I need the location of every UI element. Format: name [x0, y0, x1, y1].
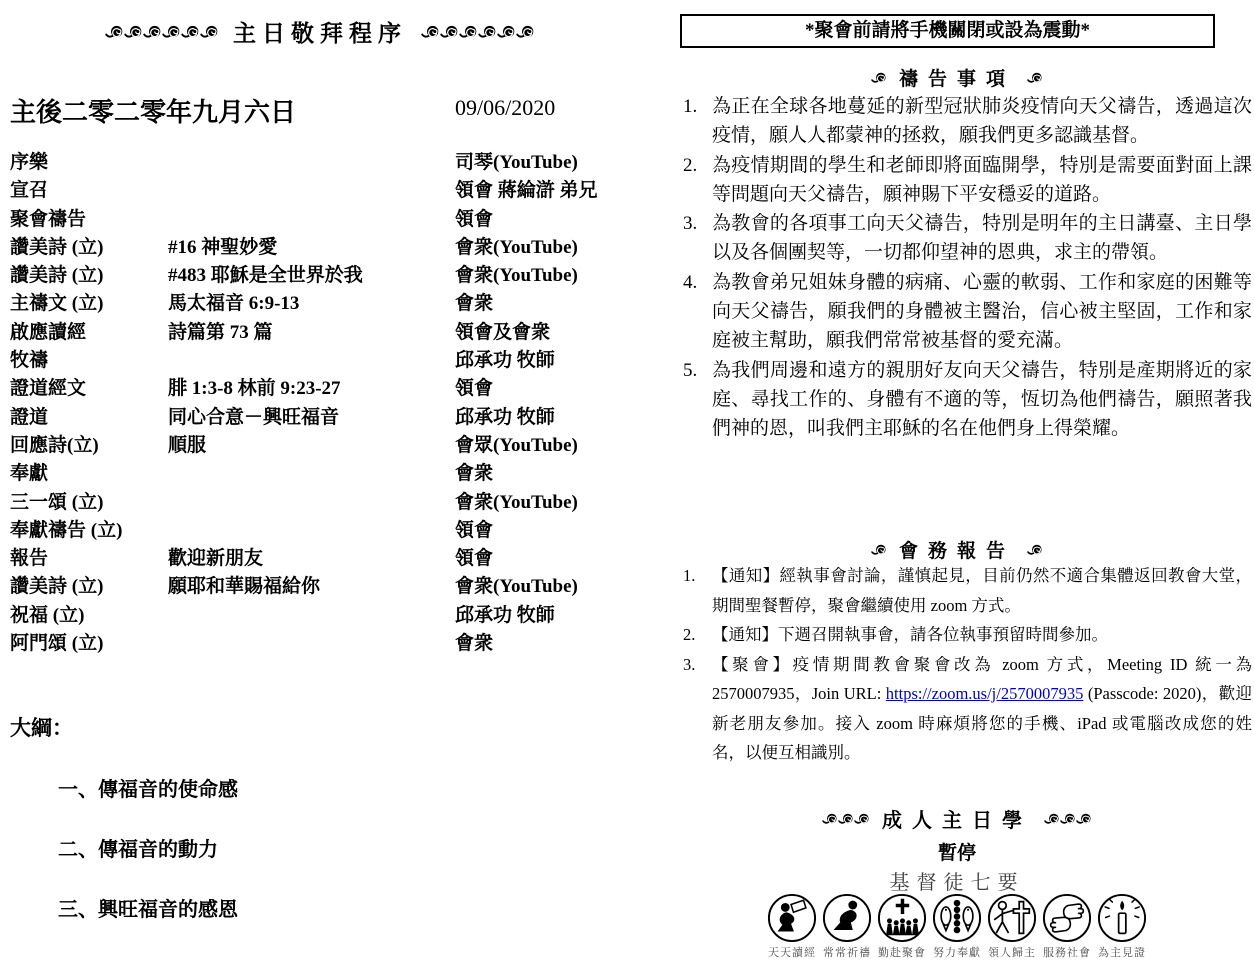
prayer-text: 為疫情期間的學生和老師即將面臨開學，特別是需要面對面上課等問題向天父禱告，願神賜…	[712, 155, 1252, 205]
prayer-text: 為教會弟兄姐妹身體的病痛、心靈的軟弱、工作和家庭的困難等向天父禱告，願我們的身體…	[712, 272, 1252, 352]
program-item-label: 證道	[10, 402, 48, 429]
program-item-role: 領會	[455, 543, 493, 570]
program-row: 祝福 (立)邱承功 牧師	[10, 600, 656, 628]
program-item-label: 主禱文 (立)	[10, 288, 103, 315]
phone-notice-box: *聚會前請將手機關閉或設為震動*	[680, 14, 1215, 48]
list-number: 2.	[683, 620, 695, 650]
seven-essential: 努力奉獻	[930, 893, 984, 960]
swirl-ornament-icon	[822, 813, 870, 824]
prayer-item: 5.為我們周邊和遠方的親朋好友向天父禱告，特別是產期將近的家庭、尋找工作的、身體…	[660, 356, 1252, 444]
prayer-item: 2.為疫情期間的學生和老師即將面臨開學，特別是需要面對面上課等問題向天父禱告，願…	[660, 151, 1252, 210]
icon-label: 天天讀經	[765, 944, 819, 960]
prayer-item: 3.為教會的各項事工向天父禱告，特別是明年的主日講臺、主日學以及各個團契等，一切…	[660, 209, 1252, 268]
page-title: 主日敬拜程序	[233, 15, 407, 48]
report-item: 1.【通知】經執事會討論，謹慎起見，目前仍然不適合集體返回教會大堂，期間聖餐暫停…	[660, 561, 1252, 620]
offering-icon	[932, 893, 982, 943]
list-number: 1.	[683, 561, 695, 591]
program-row: 阿門頌 (立)會衆	[10, 628, 656, 656]
program-item-label: 回應詩(立)	[10, 430, 99, 457]
swirl-ornament-icon	[871, 544, 887, 555]
icon-label: 服務社會	[1040, 944, 1094, 960]
program-item-role: 會衆	[455, 288, 493, 315]
swirl-ornament-icon	[1027, 72, 1043, 83]
program-item-role: 司琴(YouTube)	[455, 147, 578, 174]
seven-essential: 勤赴聚會	[875, 893, 929, 960]
program-item-label: 祝福 (立)	[10, 600, 84, 627]
list-number: 4.	[683, 268, 697, 297]
program-item-label: 阿門頌 (立)	[10, 628, 103, 655]
outline-heading: 大綱：	[10, 712, 238, 742]
report-text: 【通知】下週召開執事會，請各位執事預留時間參加。	[712, 625, 1108, 644]
swirl-ornament-icon	[871, 72, 887, 83]
program-item-label: 聚會禱告	[10, 204, 86, 231]
icon-label: 為主見證	[1095, 944, 1149, 960]
program-item-label: 證道經文	[10, 373, 86, 400]
program-item-role: 會衆(YouTube)	[455, 232, 578, 259]
program-row: 讚美詩 (立)#16 神聖妙愛會衆(YouTube)	[10, 232, 656, 260]
icon-label: 領人歸主	[985, 944, 1039, 960]
program-item-role: 領會	[455, 204, 493, 231]
program-item-role: 領會及會衆	[455, 317, 550, 344]
program-item-role: 會衆(YouTube)	[455, 571, 578, 598]
program-row: 聚會禱告領會	[10, 204, 656, 232]
program-item-detail: 歡迎新朋友	[168, 543, 263, 570]
swirl-ornament-icon	[421, 25, 535, 38]
program-item-label: 啟應讀經	[10, 317, 86, 344]
seven-essentials-heading: 基督徒七要	[660, 866, 1254, 895]
date-western: 09/06/2020	[455, 95, 555, 121]
prayer-section-heading: 禱告事項	[660, 64, 1254, 91]
program-item-label: 讚美詩 (立)	[10, 571, 103, 598]
program-item-label: 讚美詩 (立)	[10, 232, 103, 259]
praying-icon	[822, 893, 872, 943]
program-item-role: 會衆	[455, 628, 493, 655]
program-item-label: 序樂	[10, 147, 48, 174]
program-item-label: 宣召	[10, 175, 48, 202]
reading-bible-icon	[767, 893, 817, 943]
gathering-icon	[877, 893, 927, 943]
serving-society-icon	[1042, 893, 1092, 943]
date-row: 主後二零二零年九月六日 09/06/2020	[10, 92, 656, 122]
program-row: 宣召領會 蔣綸滸 弟兄	[10, 175, 656, 203]
prayer-text: 為我們周邊和遠方的親朋好友向天父禱告，特別是產期將近的家庭、尋找工作的、身體有不…	[712, 360, 1252, 440]
program-item-label: 讚美詩 (立)	[10, 260, 103, 287]
program-item-detail: 腓 1:3-8 林前 9:23-27	[168, 373, 341, 400]
program-row: 啟應讀經詩篇第 73 篇領會及會衆	[10, 317, 656, 345]
seven-essential: 常常祈禱	[820, 893, 874, 960]
swirl-ornament-icon	[105, 25, 219, 38]
seven-essential: 服務社會	[1040, 893, 1094, 960]
sunday-school-status: 暫停	[660, 838, 1254, 865]
program-item-role: 邱承功 牧師	[455, 345, 555, 372]
outline-point: 一、傳福音的使命感	[58, 773, 238, 802]
seven-essential: 天天讀經	[765, 893, 819, 960]
program-item-role: 會眾(YouTube)	[455, 430, 578, 457]
report-item: 3.【聚會】疫情期間教會聚會改為 zoom 方式，Meeting ID 統一為 …	[660, 650, 1252, 768]
program-item-label: 報告	[10, 543, 48, 570]
seven-essential: 為主見證	[1095, 893, 1149, 960]
program-row: 牧禱邱承功 牧師	[10, 345, 656, 373]
prayer-item: 1.為正在全球各地蔓延的新型冠狀肺炎疫情向天父禱告，透過這次疫情，願人人都蒙神的…	[660, 92, 1252, 151]
outline-point: 二、傳福音的動力	[58, 833, 238, 862]
zoom-meeting-link[interactable]: https://zoom.us/j/2570007935	[886, 684, 1084, 703]
program-item-detail: 馬太福音 6:9-13	[168, 288, 299, 315]
sermon-outline: 大綱： 一、傳福音的使命感 二、傳福音的動力 三、興旺福音的感恩	[10, 712, 238, 922]
swirl-ornament-icon	[1027, 544, 1043, 555]
program-item-role: 邱承功 牧師	[455, 402, 555, 429]
leading-to-christ-icon	[987, 893, 1037, 943]
report-text: 【通知】經執事會討論，謹慎起見，目前仍然不適合集體返回教會大堂，期間聖餐暫停，聚…	[712, 566, 1252, 615]
program-item-role: 領會 蔣綸滸 弟兄	[455, 175, 598, 202]
list-number: 3.	[683, 650, 695, 680]
program-item-label: 奉獻	[10, 458, 48, 485]
prayer-item: 4.為教會弟兄姐妹身體的病痛、心靈的軟弱、工作和家庭的困難等向天父禱告，願我們的…	[660, 268, 1252, 356]
report-section-heading: 會務報告	[660, 536, 1254, 563]
program-row: 奉獻禱告 (立)領會	[10, 515, 656, 543]
report-list: 1.【通知】經執事會討論，謹慎起見，目前仍然不適合集體返回教會大堂，期間聖餐暫停…	[660, 561, 1252, 768]
program-item-detail: #483 耶穌是全世界於我	[168, 260, 363, 287]
sunday-school-heading: 成人主日學	[660, 804, 1254, 833]
program-item-role: 領會	[455, 373, 493, 400]
program-row: 報告歡迎新朋友領會	[10, 543, 656, 571]
program-item-role: 會衆(YouTube)	[455, 260, 578, 287]
seven-essentials-icons: 天天讀經 常常祈禱	[660, 893, 1254, 960]
witnessing-icon	[1097, 893, 1147, 943]
program-row: 證道經文腓 1:3-8 林前 9:23-27領會	[10, 373, 656, 401]
program-item-role: 會衆	[455, 458, 493, 485]
program-item-label: 奉獻禱告 (立)	[10, 515, 122, 542]
program-item-detail: 詩篇第 73 篇	[168, 317, 273, 344]
program-row: 三一頌 (立)會衆(YouTube)	[10, 487, 656, 515]
icon-label: 常常祈禱	[820, 944, 874, 960]
announcements-page: *聚會前請將手機關閉或設為震動* 禱告事項 1.為正在全球各地蔓延的新型冠狀肺炎…	[660, 0, 1254, 966]
bulletin-page: 主日敬拜程序 主後二零二零年九月六日 09/06/2020 序樂司琴(YouTu…	[0, 0, 1254, 966]
program-row: 讚美詩 (立)#483 耶穌是全世界於我會衆(YouTube)	[10, 260, 656, 288]
title-row: 主日敬拜程序	[10, 15, 630, 48]
program-row: 主禱文 (立)馬太福音 6:9-13會衆	[10, 288, 656, 316]
report-item: 2.【通知】下週召開執事會，請各位執事預留時間參加。	[660, 620, 1252, 650]
worship-program-page: 主日敬拜程序 主後二零二零年九月六日 09/06/2020 序樂司琴(YouTu…	[10, 0, 656, 966]
program-item-detail: 願耶和華賜福給你	[168, 571, 320, 598]
swirl-ornament-icon	[1044, 813, 1092, 824]
prayer-list: 1.為正在全球各地蔓延的新型冠狀肺炎疫情向天父禱告，透過這次疫情，願人人都蒙神的…	[660, 92, 1252, 444]
list-number: 1.	[683, 92, 697, 121]
program-item-detail: 順服	[168, 430, 206, 457]
program-item-role: 邱承功 牧師	[455, 600, 555, 627]
program-item-detail: #16 神聖妙愛	[168, 232, 277, 259]
seven-essential: 領人歸主	[985, 893, 1039, 960]
program-item-label: 牧禱	[10, 345, 48, 372]
list-number: 2.	[683, 151, 697, 180]
prayer-text: 為正在全球各地蔓延的新型冠狀肺炎疫情向天父禱告，透過這次疫情，願人人都蒙神的拯救…	[712, 96, 1252, 146]
program-row: 序樂司琴(YouTube)	[10, 147, 656, 175]
program-row: 讚美詩 (立)願耶和華賜福給你會衆(YouTube)	[10, 571, 656, 599]
date-chinese: 主後二零二零年九月六日	[10, 92, 296, 129]
program-item-role: 領會	[455, 515, 493, 542]
program-row: 證道同心合意－興旺福音邱承功 牧師	[10, 402, 656, 430]
worship-program-list: 序樂司琴(YouTube) 宣召領會 蔣綸滸 弟兄 聚會禱告領會 讚美詩 (立)…	[10, 147, 656, 656]
program-item-role: 會衆(YouTube)	[455, 487, 578, 514]
icon-label: 勤赴聚會	[875, 944, 929, 960]
outline-point: 三、興旺福音的感恩	[58, 893, 238, 922]
list-number: 3.	[683, 209, 697, 238]
list-number: 5.	[683, 356, 697, 385]
icon-label: 努力奉獻	[930, 944, 984, 960]
program-row: 奉獻會衆	[10, 458, 656, 486]
program-row: 回應詩(立)順服會眾(YouTube)	[10, 430, 656, 458]
program-item-detail: 同心合意－興旺福音	[168, 402, 339, 429]
prayer-text: 為教會的各項事工向天父禱告，特別是明年的主日講臺、主日學以及各個團契等，一切都仰…	[712, 213, 1252, 263]
program-item-label: 三一頌 (立)	[10, 487, 103, 514]
